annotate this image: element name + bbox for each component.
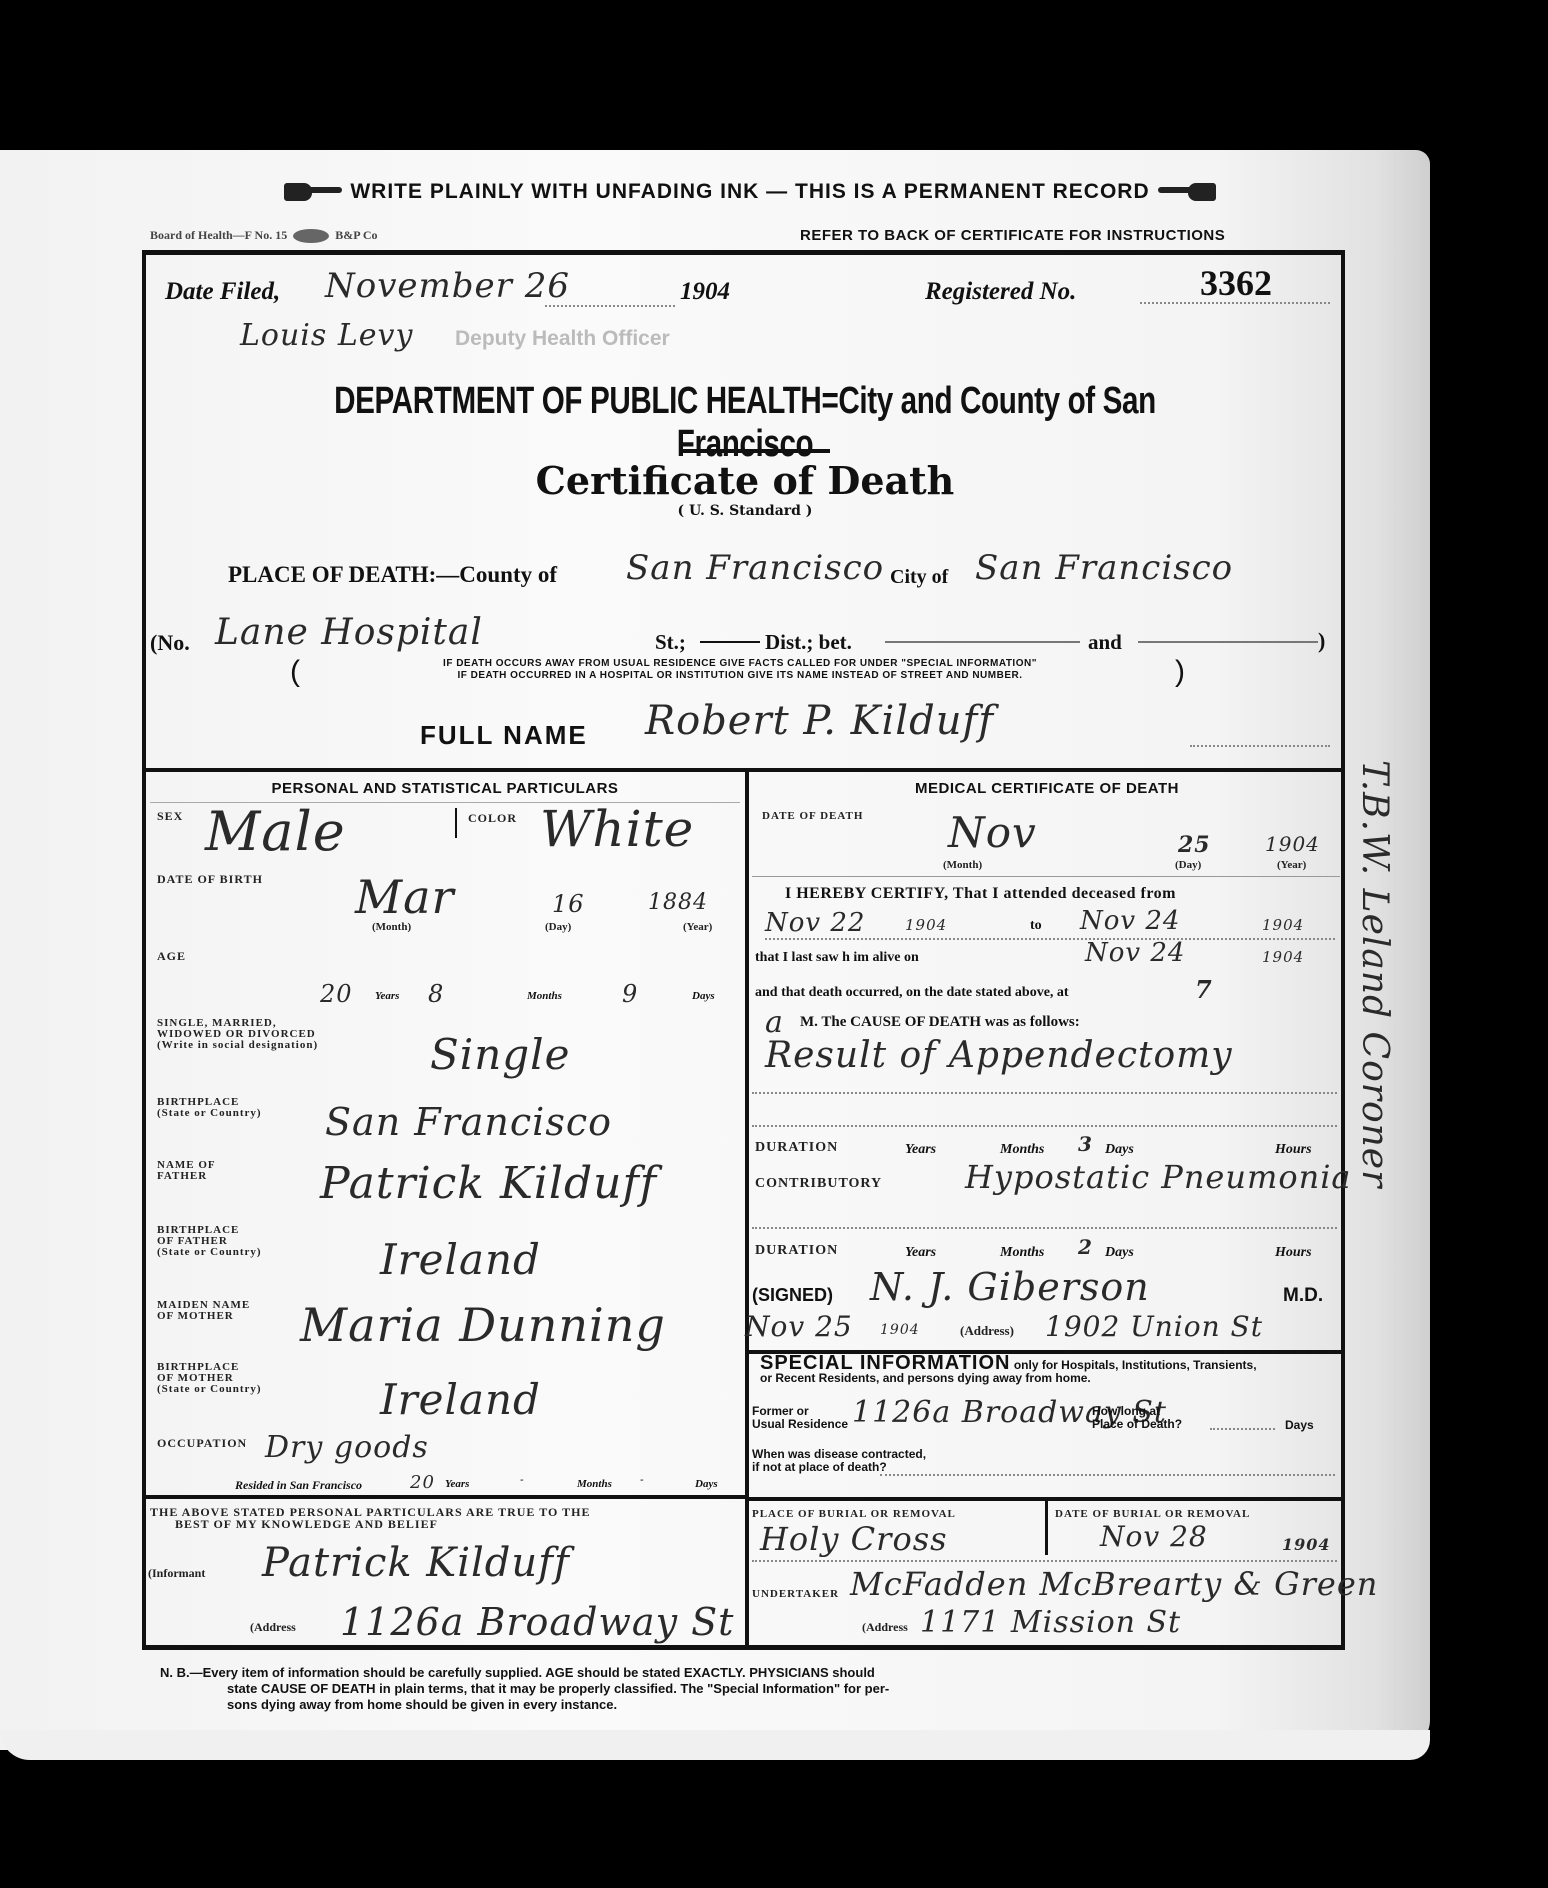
attended-to: Nov 24 — [1080, 906, 1180, 936]
duration2-days: 2 — [1078, 1235, 1093, 1259]
cause-line-2 — [752, 1125, 1337, 1127]
informant-label: (Informant — [148, 1568, 205, 1579]
sex-label: SEX — [157, 810, 183, 822]
contributory-label: CONTRIBUTORY — [755, 1178, 882, 1190]
medical-heading: MEDICAL CERTIFICATE OF DEATH — [752, 780, 1342, 797]
age-months: 8 — [428, 980, 444, 1008]
form-number: Board of Health—F No. 15 B&P Co — [150, 228, 378, 243]
attended-to-year: 1904 — [1262, 916, 1304, 934]
duration2-days-word: Days — [1105, 1245, 1134, 1261]
duration2-label: DURATION — [755, 1245, 838, 1257]
sign-date: Nov 25 — [745, 1310, 853, 1343]
pointing-hand-icon — [284, 181, 344, 203]
union-seal-icon — [293, 229, 329, 243]
father-birthplace-value: Ireland — [380, 1235, 541, 1284]
age-years: 20 — [320, 980, 353, 1008]
mother-birthplace-value: Ireland — [380, 1375, 541, 1424]
dob-label: DATE OF BIRTH — [157, 873, 263, 885]
district-label: Dist.; bet. — [765, 630, 852, 655]
city-value: San Francisco — [975, 548, 1233, 588]
dod-year-caption: (Year) — [1277, 860, 1306, 871]
burial-place: Holy Cross — [760, 1520, 948, 1558]
residence-label-2: Usual Residence — [752, 1418, 848, 1431]
occupation-label: OCCUPATION — [157, 1437, 247, 1449]
marital-label-3: (Write in social designation) — [157, 1040, 318, 1051]
certify-text: I HEREBY CERTIFY, That I attended deceas… — [785, 885, 1176, 903]
signed-label: (SIGNED) — [752, 1285, 833, 1306]
duration1-days: 3 — [1078, 1132, 1093, 1156]
footnote-line3: sons dying away from home should be give… — [160, 1697, 1260, 1713]
attended-from-year: 1904 — [905, 916, 947, 934]
dod-month-caption: (Month) — [943, 860, 982, 871]
special-heading-small: only for Hospitals, Institutions, Transi… — [1014, 1358, 1257, 1372]
duration2-hours-word: Hours — [1275, 1245, 1312, 1261]
duration1-days-word: Days — [1105, 1142, 1134, 1158]
physician-address: 1902 Union St — [1045, 1310, 1263, 1343]
and-label: and — [1088, 630, 1122, 655]
footnote-line1: N. B.—Every item of information should b… — [160, 1665, 1260, 1681]
physician-address-label: (Address) — [960, 1325, 1014, 1336]
place-note: IF DEATH OCCURS AWAY FROM USUAL RESIDENC… — [310, 658, 1170, 682]
street-number-value: Lane Hospital — [215, 612, 483, 653]
footnote: N. B.—Every item of information should b… — [160, 1665, 1260, 1713]
header-warning: WRITE PLAINLY WITH UNFADING INK — THIS I… — [205, 180, 1295, 204]
printer-text: B&P Co — [335, 228, 377, 242]
special-heading: SPECIAL INFORMATION only for Hospitals, … — [760, 1357, 1335, 1385]
resided-months: - — [520, 1474, 524, 1486]
resided-months-word: Months — [577, 1478, 612, 1490]
registered-label: Registered No. — [925, 278, 1076, 306]
place-note-line1: IF DEATH OCCURS AWAY FROM USUAL RESIDENC… — [310, 658, 1170, 670]
and-line — [1138, 641, 1318, 643]
color-label: COLOR — [468, 812, 517, 824]
mother-birthplace-label-3: (State or Country) — [157, 1384, 262, 1395]
dob-year: 1884 — [648, 890, 708, 915]
mother-label-2: OF MOTHER — [157, 1311, 250, 1322]
resided-years-word: Years — [445, 1478, 469, 1490]
personal-heading: PERSONAL AND STATISTICAL PARTICULARS — [150, 780, 740, 797]
informant-statement: THE ABOVE STATED PERSONAL PARTICULARS AR… — [150, 1506, 590, 1530]
color-value: White — [540, 800, 694, 858]
dob-month: Mar — [355, 870, 455, 924]
birthplace-label: BIRTHPLACE (State or Country) — [157, 1097, 262, 1119]
contracted-label-2: if not at place of death? — [752, 1461, 926, 1474]
duration1-months-word: Months — [1000, 1142, 1044, 1158]
age-days: 9 — [622, 980, 638, 1008]
father-label-2: FATHER — [157, 1171, 216, 1182]
district-line — [885, 641, 1080, 643]
sign-year: 1904 — [880, 1322, 920, 1338]
how-long-line — [1210, 1428, 1275, 1430]
date-filed-line — [545, 305, 675, 307]
special-heading-line2: or Recent Residents, and persons dying a… — [760, 1372, 1335, 1385]
burial-column-divider — [1045, 1500, 1048, 1555]
note-paren-close: ) — [1175, 655, 1185, 689]
instructions-note: REFER TO BACK OF CERTIFICATE FOR INSTRUC… — [800, 227, 1225, 244]
death-time: 7 — [1195, 975, 1213, 1004]
sex-value: Male — [205, 800, 346, 863]
full-name-value: Robert P. Kilduff — [645, 698, 994, 744]
resided-years: 20 — [410, 1472, 435, 1493]
informant-name: Patrick Kilduff — [262, 1540, 570, 1586]
how-long-label-2: Place of Death? — [1092, 1418, 1182, 1431]
dod-year: 1904 — [1265, 832, 1320, 856]
street-line — [700, 641, 760, 643]
dob-month-caption: (Month) — [372, 922, 411, 933]
attended-from: Nov 22 — [765, 908, 865, 938]
father-label: NAME OF FATHER — [157, 1160, 216, 1182]
to-word: to — [1030, 918, 1042, 934]
informant-statement-2: BEST OF MY KNOWLEDGE AND BELIEF — [150, 1518, 590, 1530]
coroner-margin-note: T.B.W. Leland Coroner — [1354, 760, 1395, 1188]
close-paren: ) — [1318, 628, 1325, 654]
pointing-hand-icon — [1156, 181, 1216, 203]
dod-label: DATE OF DEATH — [762, 810, 863, 822]
date-filed-year: 1904 — [680, 278, 730, 306]
contracted-label: When was disease contracted, if not at p… — [752, 1448, 926, 1474]
cause-line-1 — [752, 1092, 1337, 1094]
contributory-line — [752, 1227, 1337, 1229]
burial-date-label: DATE of BURIAL or REMOVAL — [1055, 1508, 1250, 1520]
cause-value: Result of Appendectomy — [765, 1035, 1233, 1076]
column-divider — [745, 770, 749, 1648]
md-label: M.D. — [1283, 1285, 1323, 1307]
burial-date: Nov 28 — [1100, 1520, 1208, 1553]
us-standard-note: ( U. S. Standard ) — [150, 503, 1340, 519]
duration2-years-word: Years — [905, 1245, 936, 1261]
resided-days-word: Days — [695, 1478, 718, 1490]
street-label: St.; — [655, 630, 686, 655]
informant-address-label: (Address — [250, 1622, 296, 1633]
occupation-value: Dry goods — [265, 1430, 429, 1465]
marital-label: SINGLE, MARRIED, WIDOWED OR DIVORCED (Wr… — [157, 1018, 318, 1051]
birthplace-value: San Francisco — [325, 1100, 612, 1144]
cause-text: M. The CAUSE OF DEATH was as follows: — [800, 1014, 1080, 1031]
officer-signature: Louis Levy — [240, 318, 413, 353]
burial-line — [752, 1560, 1337, 1562]
section-divider — [146, 768, 1341, 772]
dod-day-caption: (Day) — [1175, 860, 1201, 871]
burial-place-label: PLACE OF BURIAL OR REMOVAL — [752, 1508, 956, 1520]
occurred-text: and that death occurred, on the date sta… — [755, 985, 1069, 1001]
contracted-line — [880, 1474, 1335, 1476]
marital-value: Single — [430, 1030, 570, 1079]
officer-title-stamp: Deputy Health Officer — [455, 327, 670, 351]
informant-address: 1126a Broadway St — [340, 1600, 734, 1644]
resided-label: Resided in San Francisco — [235, 1478, 362, 1493]
dob-day: 16 — [552, 890, 585, 918]
title-rule — [680, 449, 830, 453]
last-saw-date: Nov 24 — [1085, 938, 1185, 968]
undertaker-address-label: (Address — [862, 1622, 908, 1633]
resided-days: - — [640, 1474, 644, 1486]
how-long-days: Days — [1285, 1418, 1314, 1432]
full-name-line — [1190, 745, 1330, 747]
father-birthplace-label: BIRTHPLACE OF FATHER (State or Country) — [157, 1225, 262, 1258]
duration1-label: DURATION — [755, 1142, 838, 1154]
mother-value: Maria Dunning — [300, 1298, 666, 1352]
attended-line — [765, 938, 1335, 940]
form-number-text: Board of Health—F No. 15 — [150, 228, 287, 242]
registered-line — [1140, 302, 1330, 304]
duration2-months-word: Months — [1000, 1245, 1044, 1261]
age-label: AGE — [157, 950, 186, 962]
how-long-label: How long at Place of Death? — [1092, 1405, 1182, 1431]
place-note-line2: IF DEATH OCCURRED IN A HOSPITAL OR INSTI… — [310, 670, 1170, 682]
place-of-death-label: PLACE OF DEATH:—County of — [228, 562, 557, 588]
county-value: San Francisco — [626, 548, 884, 588]
last-saw-year: 1904 — [1262, 948, 1304, 966]
undertaker-value: McFadden McBrearty & Green — [850, 1565, 1378, 1603]
undertaker-address: 1171 Mission St — [920, 1605, 1181, 1640]
department-title: DEPARTMENT OF PUBLIC HEALTH=City and Cou… — [281, 380, 1209, 466]
mother-birthplace-label: BIRTHPLACE OF MOTHER (State or Country) — [157, 1362, 262, 1395]
duration1-years-word: Years — [905, 1142, 936, 1158]
date-filed-value: November 26 — [325, 266, 570, 306]
burial-year: 1904 — [1282, 1535, 1331, 1554]
registered-number: 3362 — [1200, 262, 1272, 304]
street-number-label: (No. — [150, 630, 190, 656]
dod-day: 25 — [1178, 832, 1211, 858]
dod-month: Nov — [948, 808, 1037, 857]
age-years-word: Years — [375, 990, 399, 1002]
father-value: Patrick Kilduff — [320, 1158, 657, 1209]
physician-signature: N. J. Giberson — [870, 1265, 1150, 1309]
age-days-word: Days — [692, 990, 715, 1002]
contributory-value: Hypostatic Pneumonia — [965, 1158, 1352, 1196]
date-filed-label: Date Filed, — [165, 278, 280, 306]
mother-label: MAIDEN NAME OF MOTHER — [157, 1300, 250, 1322]
footnote-line2: state CAUSE OF DEATH in plain terms, tha… — [160, 1681, 1260, 1697]
informant-divider — [146, 1495, 746, 1499]
dob-day-caption: (Day) — [545, 922, 571, 933]
undertaker-label: UNDERTAKER — [752, 1588, 839, 1600]
residence-label: Former or Usual Residence — [752, 1405, 848, 1431]
birthplace-label-2: (State or Country) — [157, 1108, 262, 1119]
dob-year-caption: (Year) — [683, 922, 712, 933]
father-birthplace-label-3: (State or Country) — [157, 1247, 262, 1258]
note-paren-open: ( — [290, 655, 300, 689]
sex-color-divider — [455, 808, 457, 838]
age-months-word: Months — [527, 990, 562, 1002]
certificate-title: Certificate of Death — [150, 458, 1340, 503]
last-saw-text: that I last saw h im alive on — [755, 950, 919, 966]
dod-rule — [752, 876, 1340, 877]
warning-text: WRITE PLAINLY WITH UNFADING INK — THIS I… — [350, 180, 1149, 203]
duration1-hours-word: Hours — [1275, 1142, 1312, 1158]
full-name-label: FULL NAME — [420, 720, 588, 751]
city-label: City of — [890, 566, 948, 589]
